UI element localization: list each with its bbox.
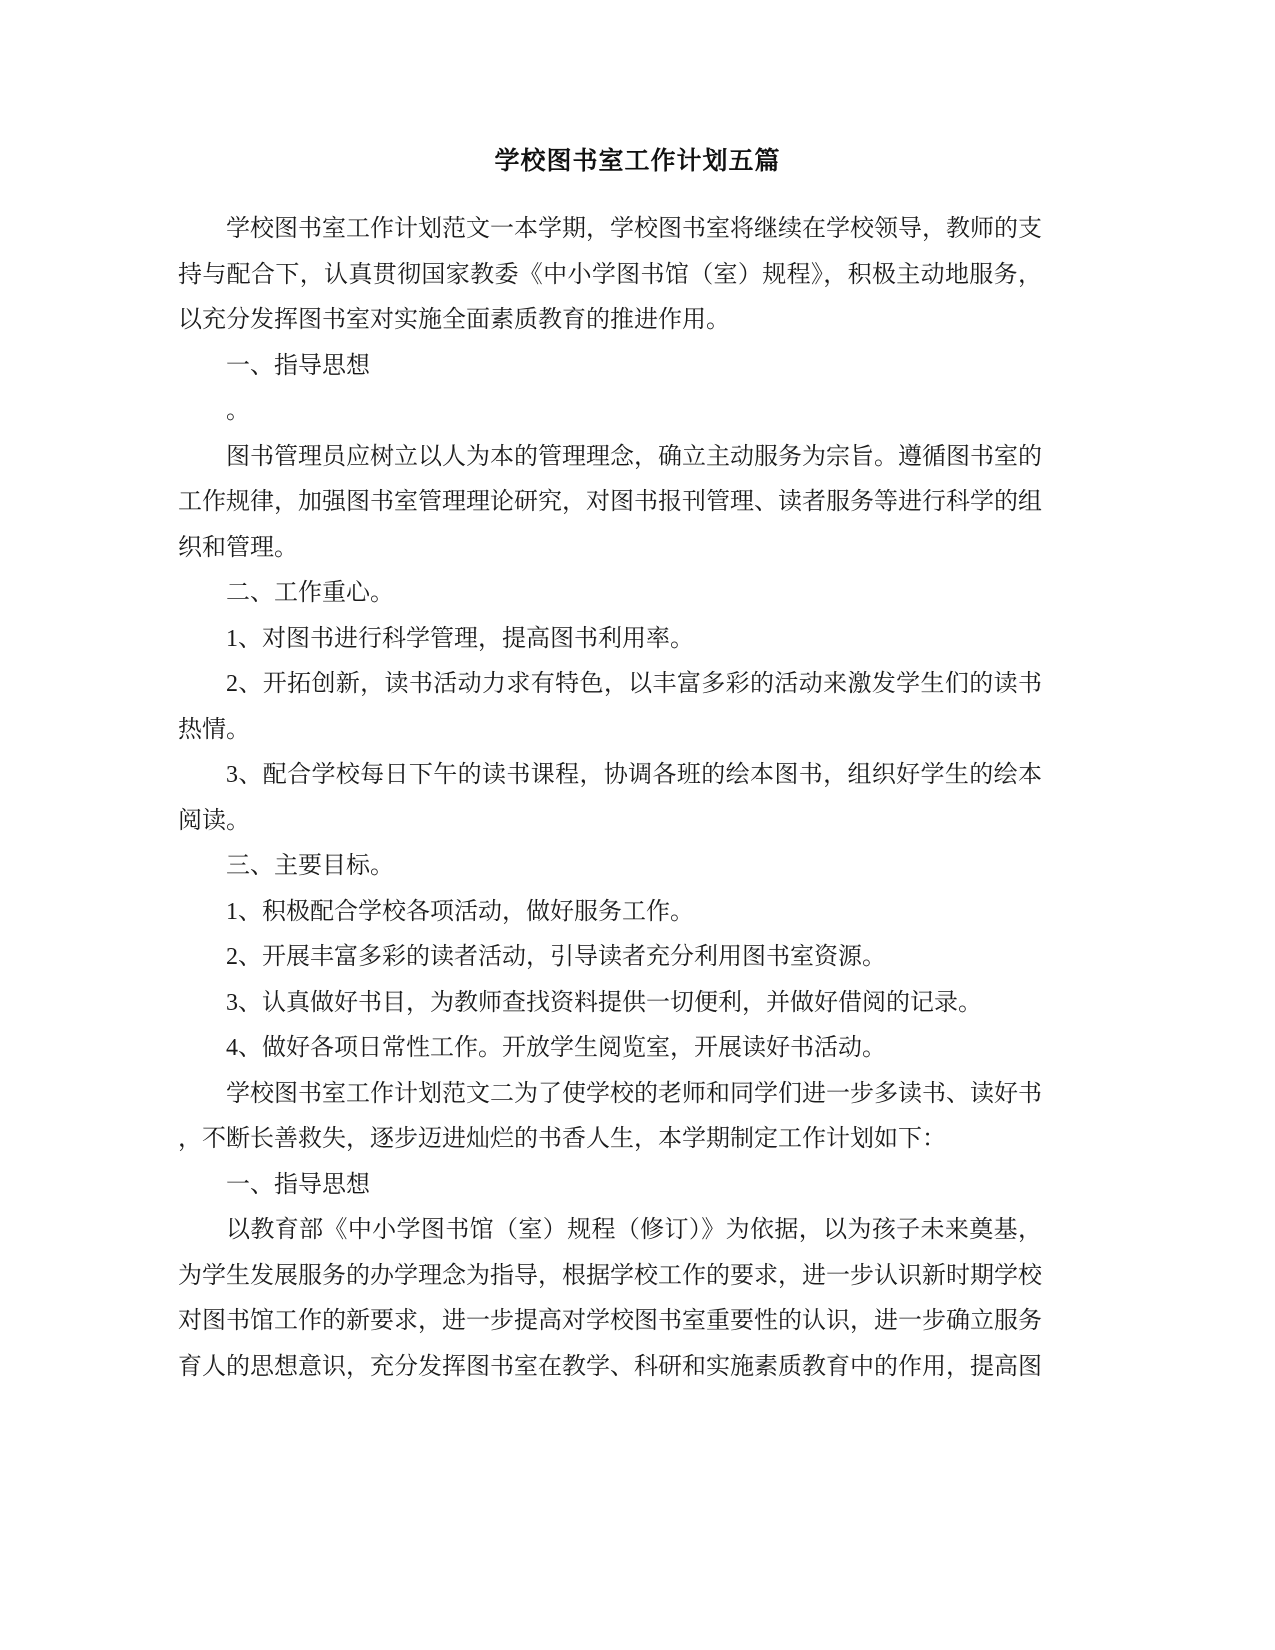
doc-list-item-goal-1: 1、积极配合学校各项活动，做好服务工作。: [178, 890, 1042, 936]
doc-list-item-focus-2: 2、开拓创新，读书活动力求有特色，以丰富多彩的活动来激发学生们的读书热情。: [178, 662, 1042, 753]
document-page: 学校图书室工作计划五篇 学校图书室工作计划范文一本学期，学校图书室将继续在学校领…: [0, 0, 1275, 1650]
doc-list-item-focus-1: 1、对图书进行科学管理，提高图书利用率。: [178, 617, 1042, 663]
doc-list-item-goal-3: 3、认真做好书目，为教师查找资料提供一切便利，并做好借阅的记录。: [178, 981, 1042, 1027]
document-title: 学校图书室工作计划五篇: [0, 137, 1275, 187]
doc-list-item-goal-2: 2、开展丰富多彩的读者活动，引导读者充分利用图书室资源。: [178, 935, 1042, 981]
doc-paragraph-period: 。: [178, 389, 1042, 435]
doc-heading-guiding-ideology-2: 一、指导思想: [178, 1163, 1042, 1209]
doc-paragraph-intro-plan1: 学校图书室工作计划范文一本学期，学校图书室将继续在学校领导，教师的支持与配合下，…: [178, 207, 1042, 344]
doc-heading-guiding-ideology: 一、指导思想: [178, 344, 1042, 390]
doc-list-item-focus-3: 3、配合学校每日下午的读书课程，协调各班的绘本图书，组织好学生的绘本阅读。: [178, 753, 1042, 844]
doc-heading-main-goals: 三、主要目标。: [178, 844, 1042, 890]
doc-paragraph-management: 图书管理员应树立以人为本的管理理念，确立主动服务为宗旨。遵循图书室的工作规律，加…: [178, 435, 1042, 572]
document-body: 学校图书室工作计划范文一本学期，学校图书室将继续在学校领导，教师的支持与配合下，…: [178, 207, 1042, 1390]
doc-list-item-goal-4: 4、做好各项日常性工作。开放学生阅览室，开展读好书活动。: [178, 1026, 1042, 1072]
doc-paragraph-basis-plan2: 以教育部《中小学图书馆（室）规程（修订）》为依据，以为孩子未来奠基，为学生发展服…: [178, 1208, 1042, 1390]
doc-heading-work-focus: 二、工作重心。: [178, 571, 1042, 617]
doc-paragraph-intro-plan2: 学校图书室工作计划范文二为了使学校的老师和同学们进一步多读书、读好书，不断长善救…: [178, 1072, 1042, 1163]
